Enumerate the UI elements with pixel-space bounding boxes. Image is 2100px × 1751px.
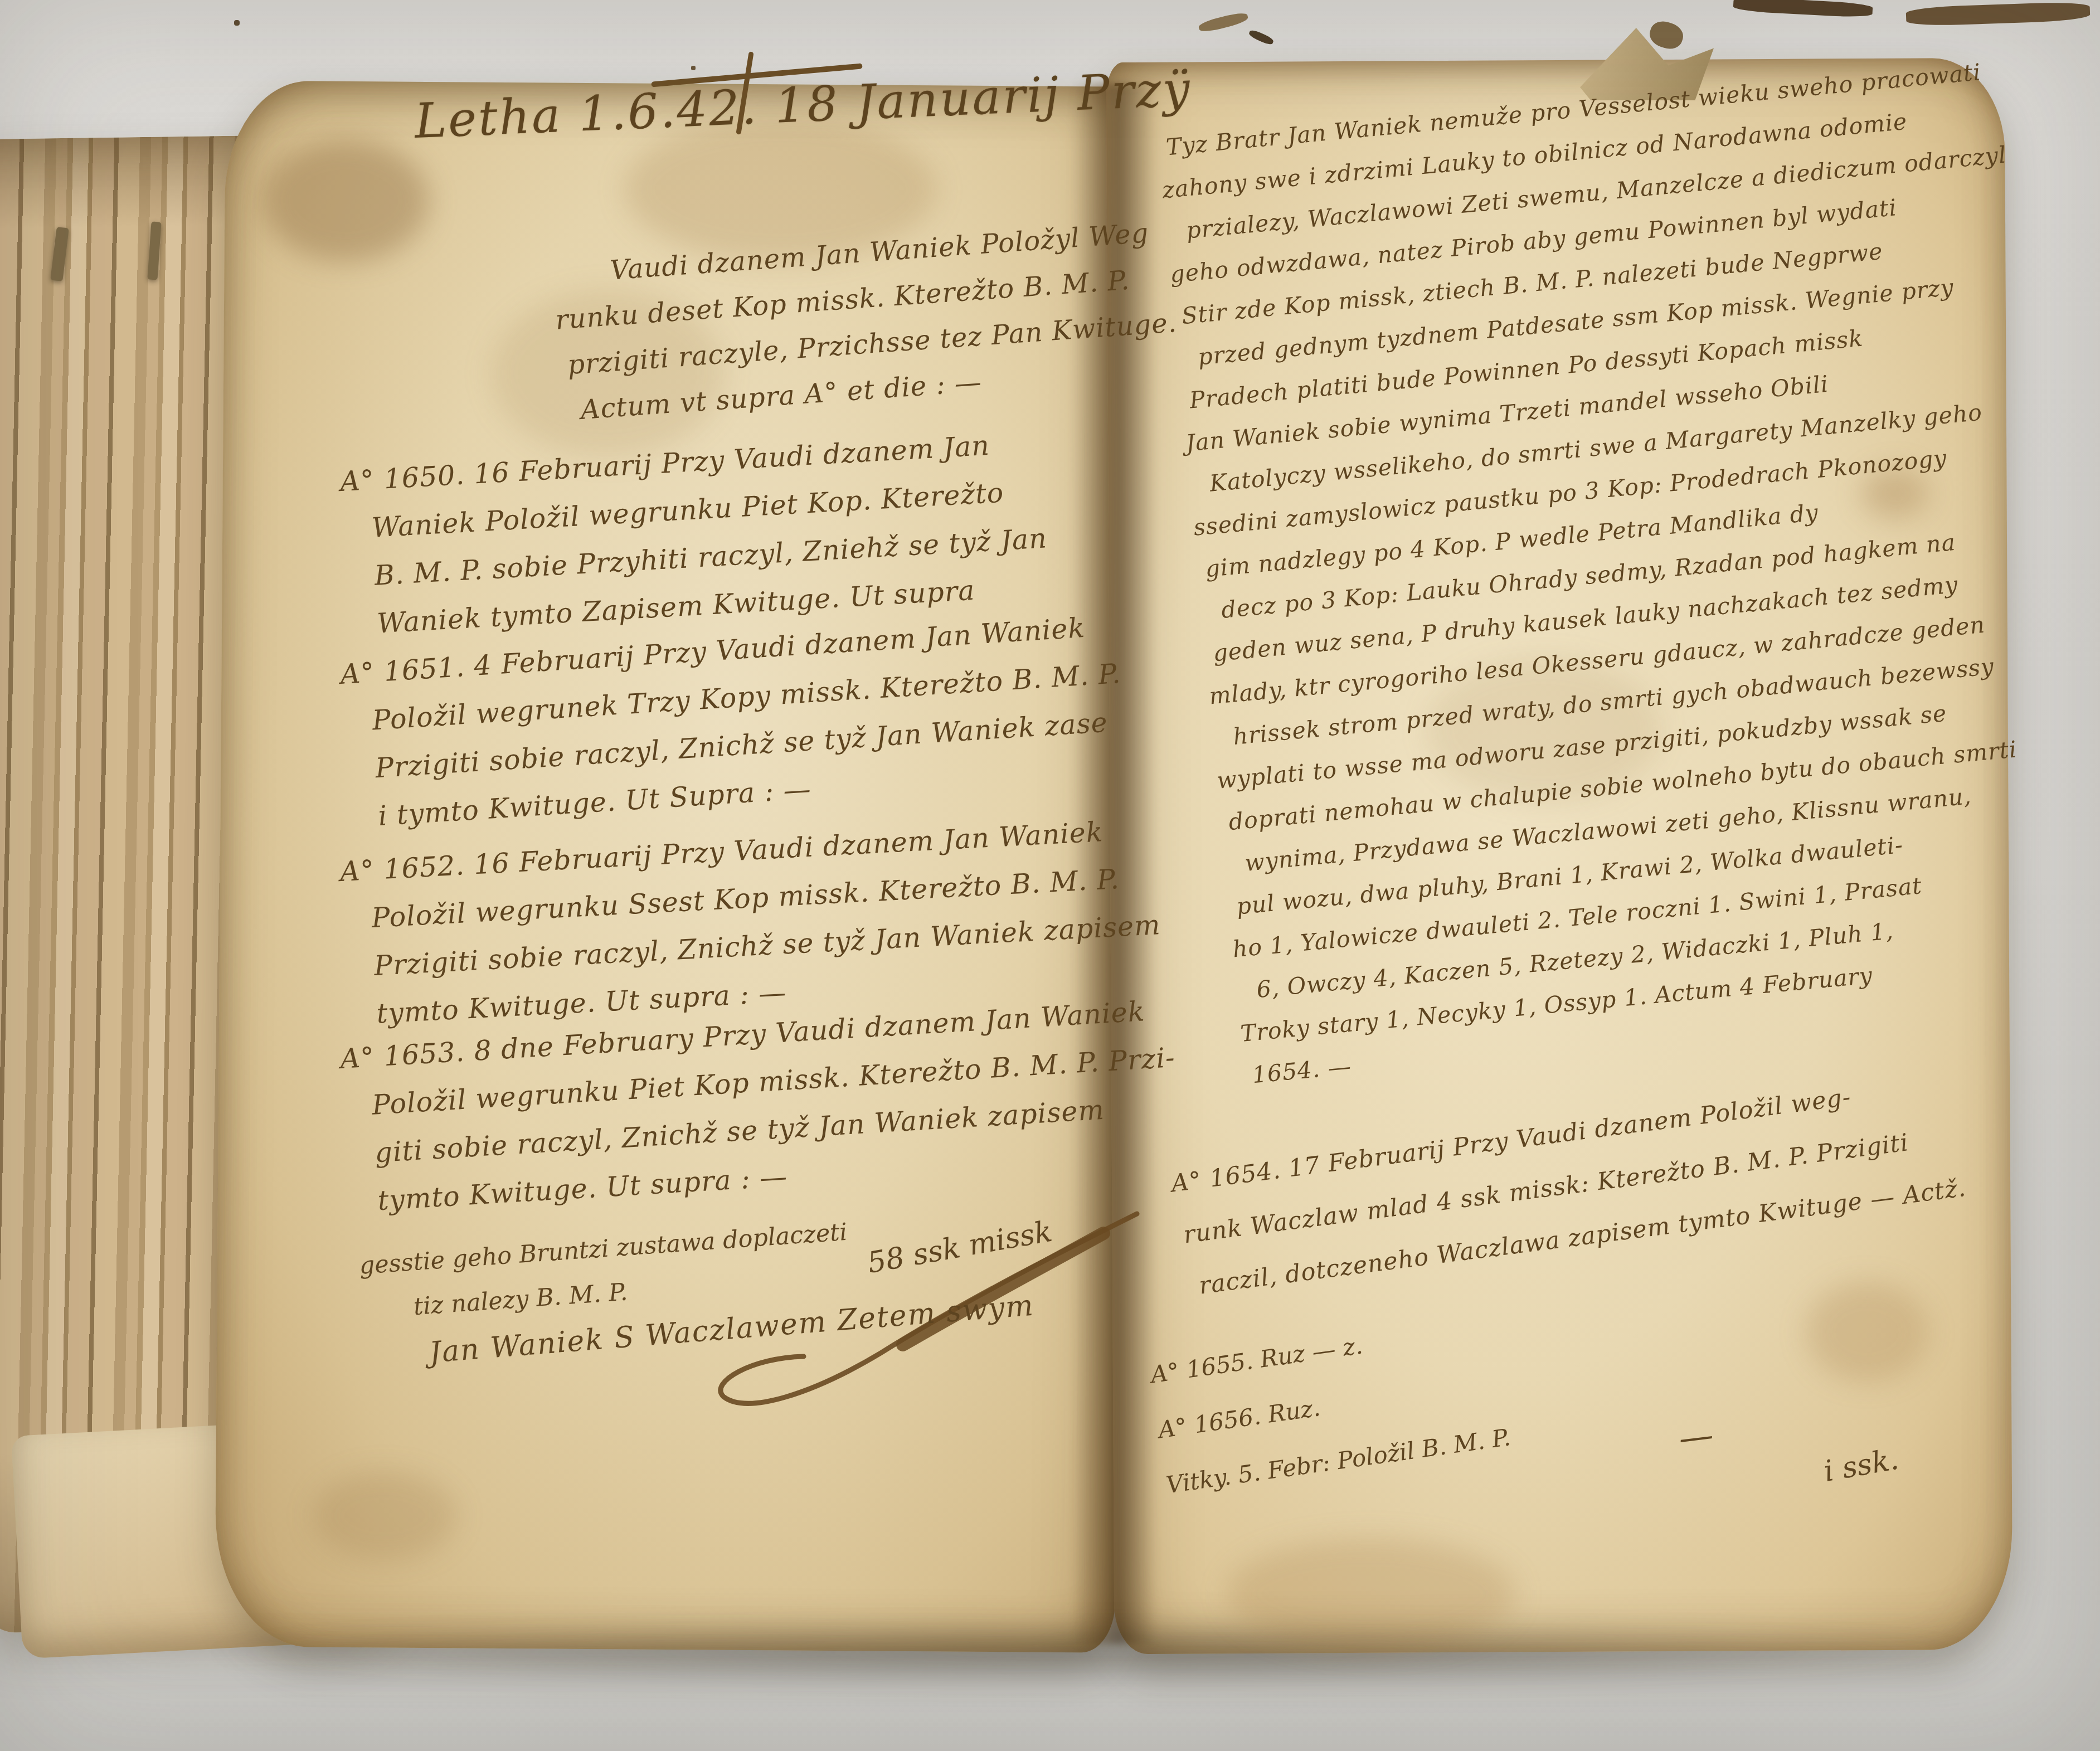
debris-speck <box>1198 11 1249 33</box>
pen-dash-mark: — <box>1676 1414 1715 1458</box>
right-page-paragraph: Tyz Bratr Jan Waniek nemuže pro Vesselos… <box>1156 49 2087 1097</box>
stain <box>1226 1538 1516 1650</box>
page-bottom-shadow <box>184 1616 2001 1689</box>
manuscript-photo: Letha 1.6.42. 18 Januarij Przÿ Vaudi dza… <box>0 0 2100 1751</box>
debris-speck <box>1906 1 2091 26</box>
stain <box>262 139 429 262</box>
debris-speck <box>234 20 240 26</box>
debris-speck <box>1733 0 1873 18</box>
debris-speck <box>691 66 696 70</box>
stain <box>1806 1282 1928 1382</box>
debris-speck <box>1248 28 1275 46</box>
stain <box>312 1471 457 1560</box>
